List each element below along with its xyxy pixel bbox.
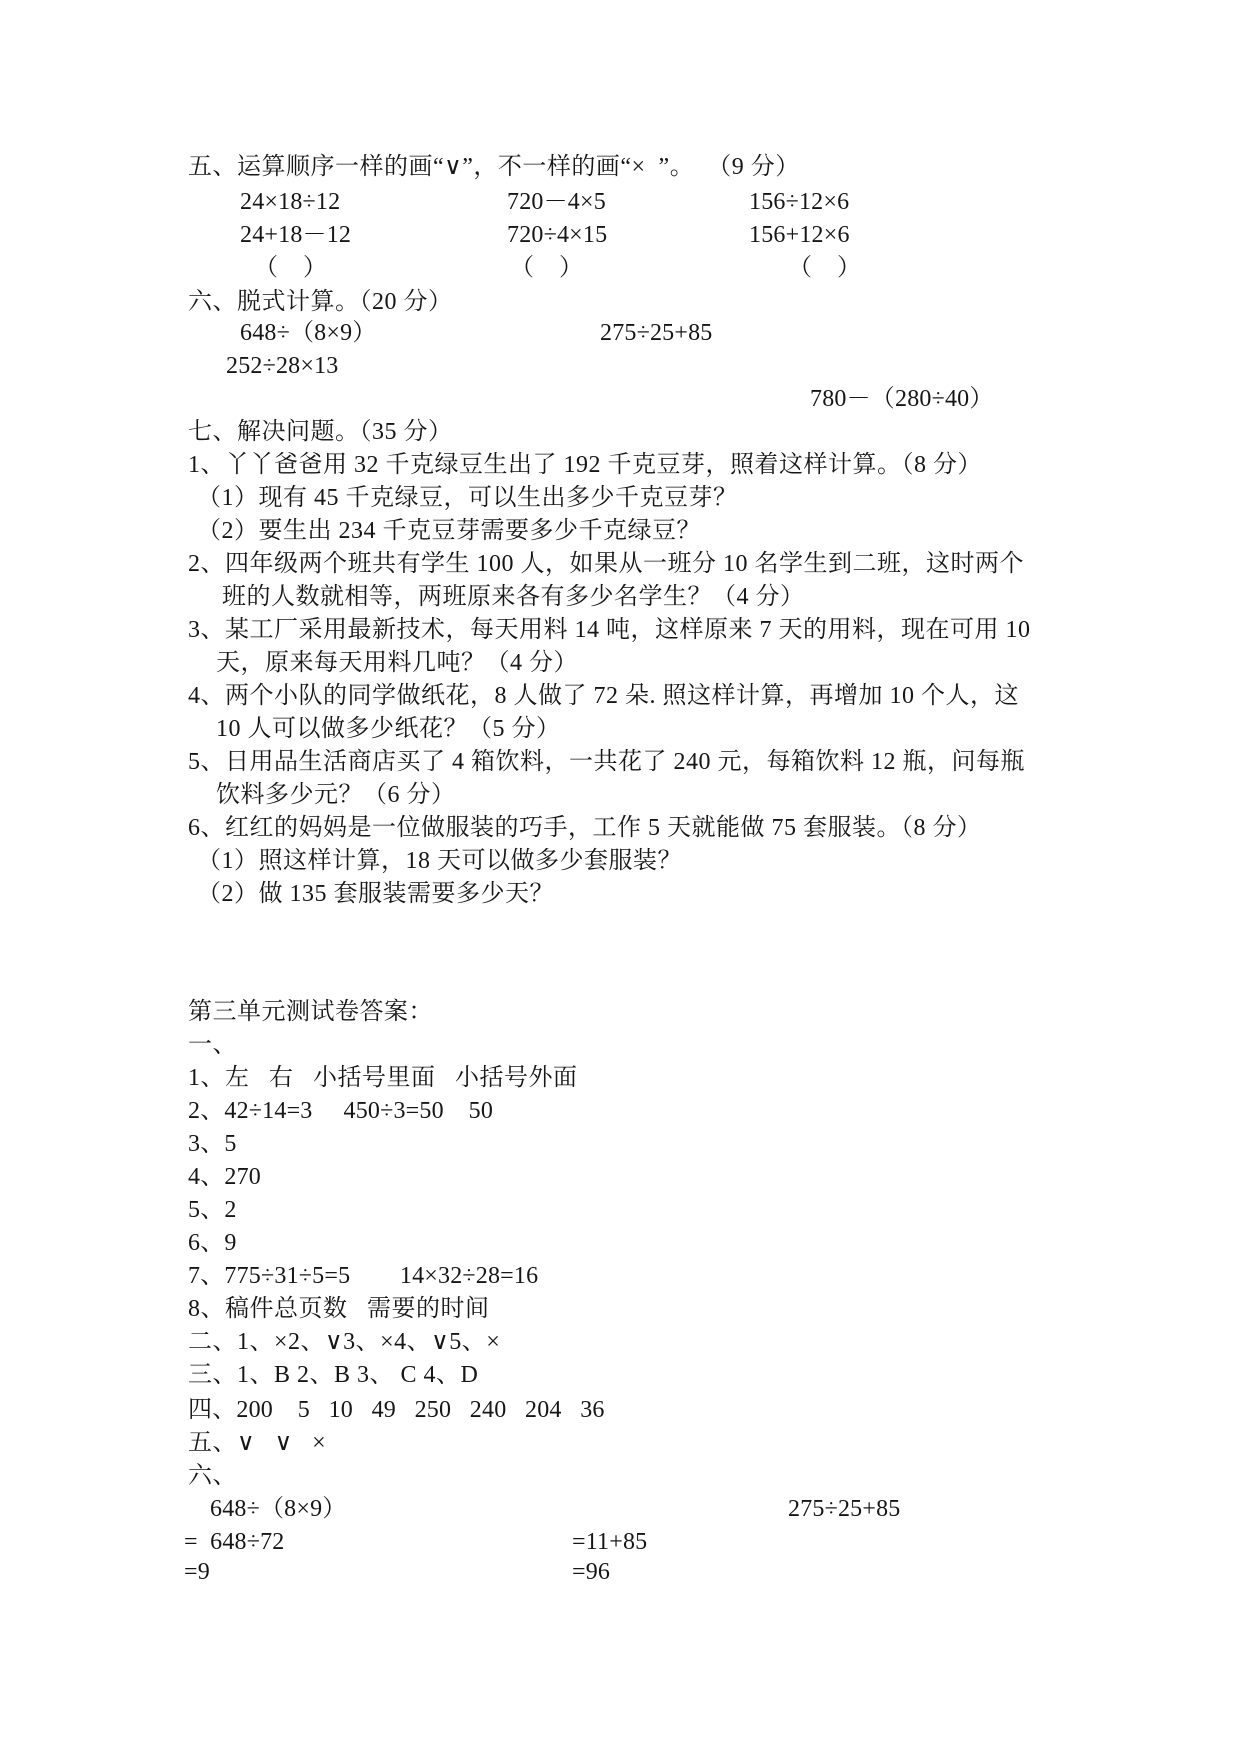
sec6-title: 六、脱式计算。（20 分）	[188, 287, 453, 317]
answers-part1-item1: 1、左 右 小括号里面 小括号外面	[188, 1063, 578, 1093]
answers-part1-item4: 4、270	[188, 1162, 261, 1192]
answers-part1-item5: 5、2	[188, 1195, 237, 1225]
sec7-q5-line2: 饮料多少元？（6 分）	[216, 780, 456, 810]
sec5-title: 五、运算顺序一样的画“∨”，不一样的画“× ”。 （9 分）	[188, 152, 800, 182]
sec5-expr-r1c2: 720－4×5	[507, 187, 606, 217]
sec7-q4-line2: 10 人可以做多少纸花？（5 分）	[216, 714, 561, 744]
answers-part1-item7: 7、775÷31÷5=5 14×32÷28=16	[188, 1261, 538, 1291]
sec5-answer-blank-2: （ ）	[510, 253, 583, 283]
sec7-q5-line1: 5、日用品生活商店买了 4 箱饮料，一共花了 240 元，每箱饮料 12 瓶，问…	[188, 747, 1025, 777]
answers-work1-left: 648÷（8×9）	[210, 1494, 347, 1524]
sec7-q1-sub2: （2）要生出 234 千克豆芽需要多少千克绿豆？	[197, 516, 701, 546]
answers-heading: 第三单元测试卷答案：	[188, 997, 433, 1027]
answers-work2-right: =11+85	[572, 1527, 647, 1557]
sec5-expr-r2c3: 156+12×6	[749, 220, 850, 250]
sec7-q3-line1: 3、某工厂采用最新技术，每天用料 14 吨，这样原来 7 天的用料，现在可用 1…	[188, 615, 1031, 645]
answers-work3-left: =9	[184, 1557, 210, 1587]
answers-part1-item6: 6、9	[188, 1228, 237, 1258]
answers-part1-item2: 2、42÷14=3 450÷3=50 50	[188, 1096, 493, 1126]
answers-part3: 三、1、B 2、B 3、 C 4、D	[188, 1360, 478, 1390]
sec5-answer-blank-1: （ ）	[254, 253, 327, 283]
sec7-q4-line1: 4、两个小队的同学做纸花，8 人做了 72 朵. 照这样计算，再增加 10 个人…	[188, 681, 1019, 711]
answers-part1-item3: 3、5	[188, 1129, 237, 1159]
sec7-q6-sub2: （2）做 135 套服装需要多少天？	[197, 879, 554, 909]
sec5-expr-r2c2: 720÷4×15	[507, 220, 607, 250]
sec7-q6: 6、红红的妈妈是一位做服装的巧手，工作 5 天就能做 75 套服装。（8 分）	[188, 813, 982, 843]
answers-part6-label: 六、	[188, 1461, 237, 1491]
answers-work1-right: 275÷25+85	[788, 1494, 901, 1524]
sec7-q3-line2: 天，原来每天用料几吨？（4 分）	[216, 648, 578, 678]
sec5-answer-blank-3: （ ）	[788, 253, 861, 283]
answers-part4: 四、200 5 10 49 250 240 204 36	[188, 1395, 605, 1425]
answers-part5: 五、∨ ∨ ×	[188, 1428, 326, 1458]
sec5-expr-r2c1: 24+18－12	[240, 220, 351, 250]
sec7-q2-line2: 班的人数就相等，两班原来各有多少名学生？（4 分）	[222, 582, 805, 612]
sec6-expr-2: 275÷25+85	[600, 318, 713, 348]
sec7-q1: 1、丫丫爸爸用 32 千克绿豆生出了 192 千克豆芽，照着这样计算。（8 分）	[188, 450, 982, 480]
answers-part2: 二、1、×2、∨3、×4、∨5、×	[188, 1327, 500, 1357]
sec7-q6-sub1: （1）照这样计算，18 天可以做多少套服装？	[197, 846, 682, 876]
sec6-expr-3: 252÷28×13	[226, 351, 339, 381]
sec6-expr-1: 648÷（8×9）	[240, 318, 377, 348]
answers-work2-left: = 648÷72	[184, 1527, 285, 1557]
answers-part1-label: 一、	[188, 1030, 237, 1060]
sec5-expr-r1c3: 156÷12×6	[749, 187, 849, 217]
answers-work3-right: =96	[572, 1557, 610, 1587]
sec6-expr-4: 780－（280÷40）	[810, 384, 994, 414]
sec5-expr-r1c1: 24×18÷12	[240, 187, 340, 217]
answers-part1-item8: 8、稿件总页数 需要的时间	[188, 1294, 490, 1324]
sec7-q2-line1: 2、四年级两个班共有学生 100 人，如果从一班分 10 名学生到二班，这时两个	[188, 549, 1024, 579]
test-paper-page: 五、运算顺序一样的画“∨”，不一样的画“× ”。 （9 分） 24×18÷12 …	[0, 0, 1241, 1754]
sec7-title: 七、解决问题。（35 分）	[188, 417, 453, 447]
sec7-q1-sub1: （1）现有 45 千克绿豆，可以生出多少千克豆芽？	[197, 483, 738, 513]
